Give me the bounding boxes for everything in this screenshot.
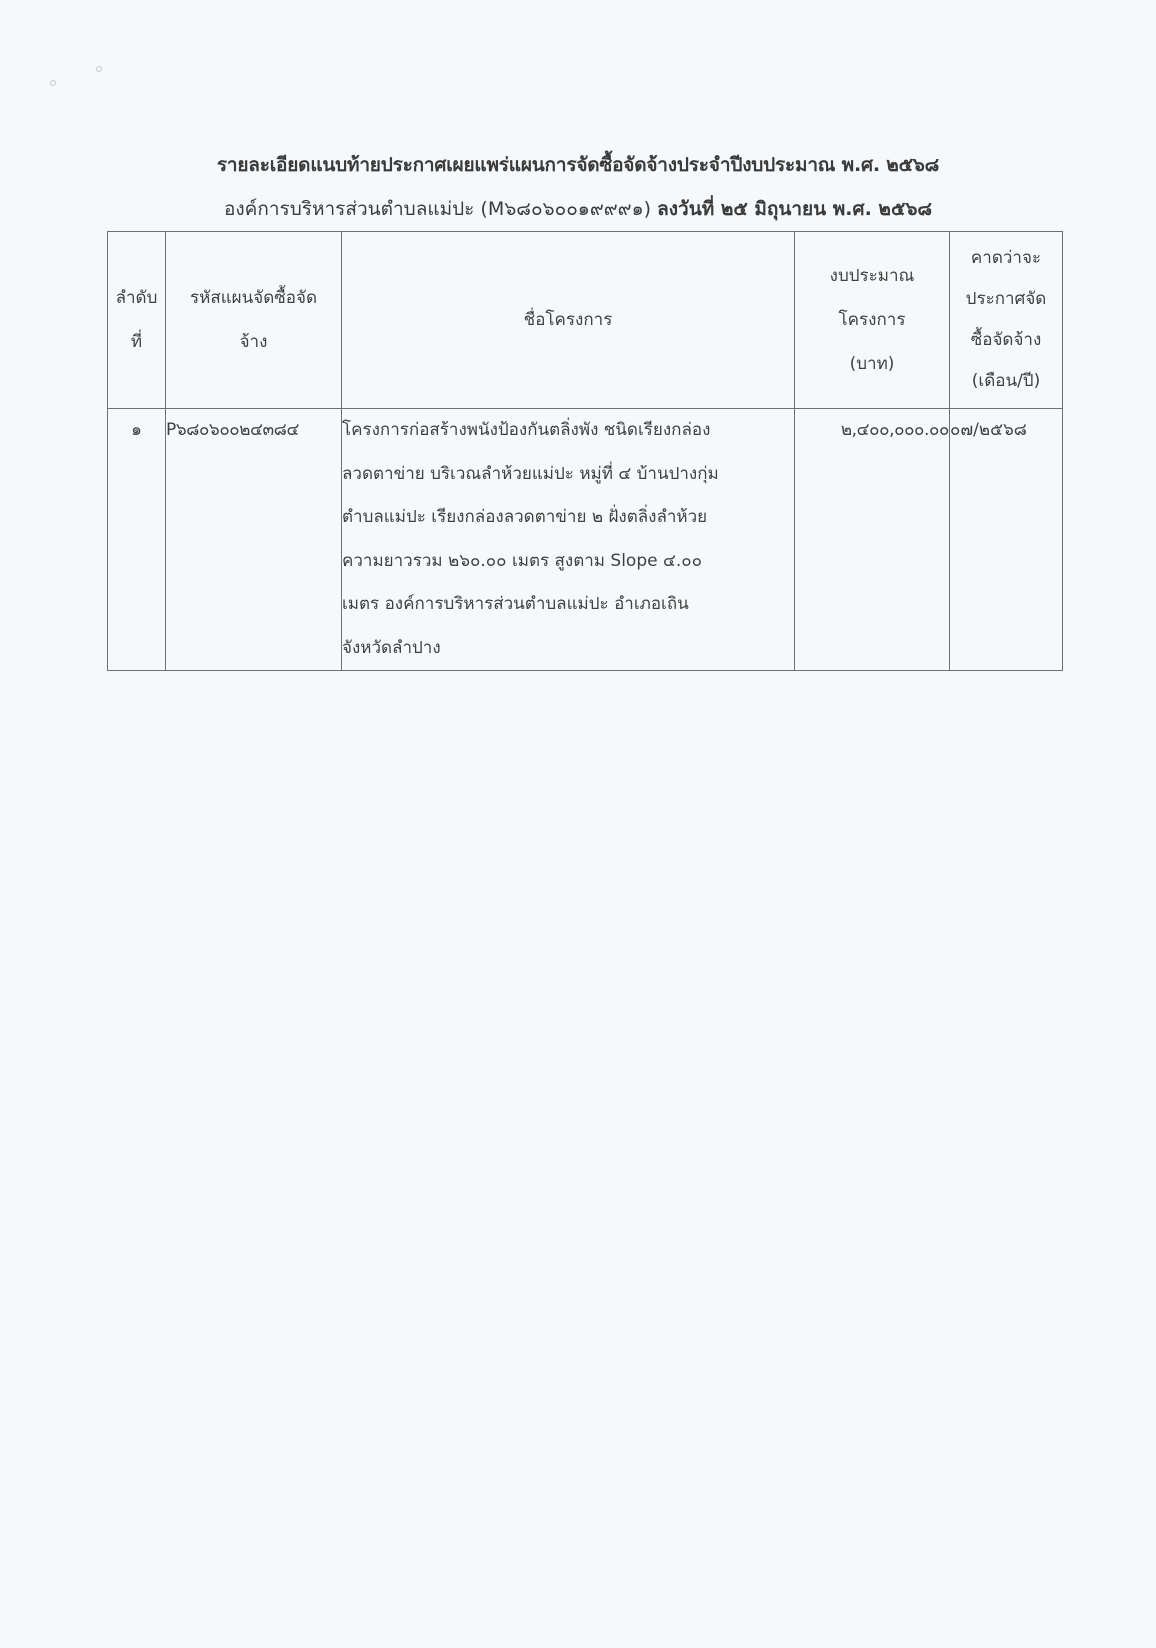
scan-artifact — [96, 66, 102, 72]
cell-seq: ๑ — [108, 409, 166, 671]
header-project-name: ชื่อโครงการ — [342, 232, 795, 409]
cell-plan-code: P๖๘๐๖๐๐๒๔๓๘๔ — [166, 409, 342, 671]
cell-budget: ๒,๔๐๐,๐๐๐.๐๐ — [795, 409, 950, 671]
project-name-line: ความยาวรวม ๒๖๐.๐๐ เมตร สูงตาม Slope ๔.๐๐ — [342, 540, 794, 584]
header-plan-code-line: รหัสแผนจัดซื้อจัด — [166, 276, 341, 320]
header-expected-announce-line: ซื้อจัดจ้าง — [950, 320, 1062, 361]
header-project-name-line: ชื่อโครงการ — [342, 298, 794, 342]
header-budget: งบประมาณ โครงการ (บาท) — [795, 232, 950, 409]
project-name-line: ลวดตาข่าย บริเวณลำห้วยแม่ปะ หมู่ที่ ๔ บ้… — [342, 453, 794, 497]
scan-artifact — [50, 80, 56, 86]
project-name-line: จังหวัดลำปาง — [342, 627, 794, 671]
header-expected-announce-line: (เดือน/ปี) — [950, 361, 1062, 402]
header-budget-line: โครงการ — [795, 298, 949, 342]
document-title: รายละเอียดแนบท้ายประกาศเผยแพร่แผนการจัดซ… — [0, 150, 1156, 180]
header-expected-announce-line: ประกาศจัด — [950, 279, 1062, 320]
announcement-date: ลงวันที่ ๒๕ มิถุนายน พ.ศ. ๒๕๖๘ — [657, 198, 932, 220]
cell-project-name: โครงการก่อสร้างพนังป้องกันตลิ่งพัง ชนิดเ… — [342, 409, 795, 671]
header-budget-line: งบประมาณ — [795, 254, 949, 298]
organization-name: องค์การบริหารส่วนตำบลแม่ปะ (M๖๘๐๖๐๐๑๙๙๙๑… — [224, 198, 651, 220]
header-seq: ลำดับ ที่ — [108, 232, 166, 409]
header-expected-announce: คาดว่าจะ ประกาศจัด ซื้อจัดจ้าง (เดือน/ปี… — [950, 232, 1063, 409]
cell-expected-announce: ๐๗/๒๕๖๘ — [950, 409, 1063, 671]
document-subtitle: องค์การบริหารส่วนตำบลแม่ปะ (M๖๘๐๖๐๐๑๙๙๙๑… — [0, 194, 1156, 224]
project-name-line: เมตร องค์การบริหารส่วนตำบลแม่ปะ อำเภอเถิ… — [342, 583, 794, 627]
project-name-line: ตำบลแม่ปะ เรียงกล่องลวดตาข่าย ๒ ฝั่งตลิ่… — [342, 496, 794, 540]
header-seq-line: ลำดับ — [108, 276, 165, 320]
header-seq-line: ที่ — [108, 320, 165, 364]
procurement-plan-table: ลำดับ ที่ รหัสแผนจัดซื้อจัด จ้าง ชื่อโคร… — [107, 231, 1063, 671]
table-header-row: ลำดับ ที่ รหัสแผนจัดซื้อจัด จ้าง ชื่อโคร… — [108, 232, 1063, 409]
header-budget-line: (บาท) — [795, 342, 949, 386]
header-plan-code: รหัสแผนจัดซื้อจัด จ้าง — [166, 232, 342, 409]
header-plan-code-line: จ้าง — [166, 320, 341, 364]
table-row: ๑ P๖๘๐๖๐๐๒๔๓๘๔ โครงการก่อสร้างพนังป้องกั… — [108, 409, 1063, 671]
header-expected-announce-line: คาดว่าจะ — [950, 238, 1062, 279]
project-name-line: โครงการก่อสร้างพนังป้องกันตลิ่งพัง ชนิดเ… — [342, 409, 794, 453]
